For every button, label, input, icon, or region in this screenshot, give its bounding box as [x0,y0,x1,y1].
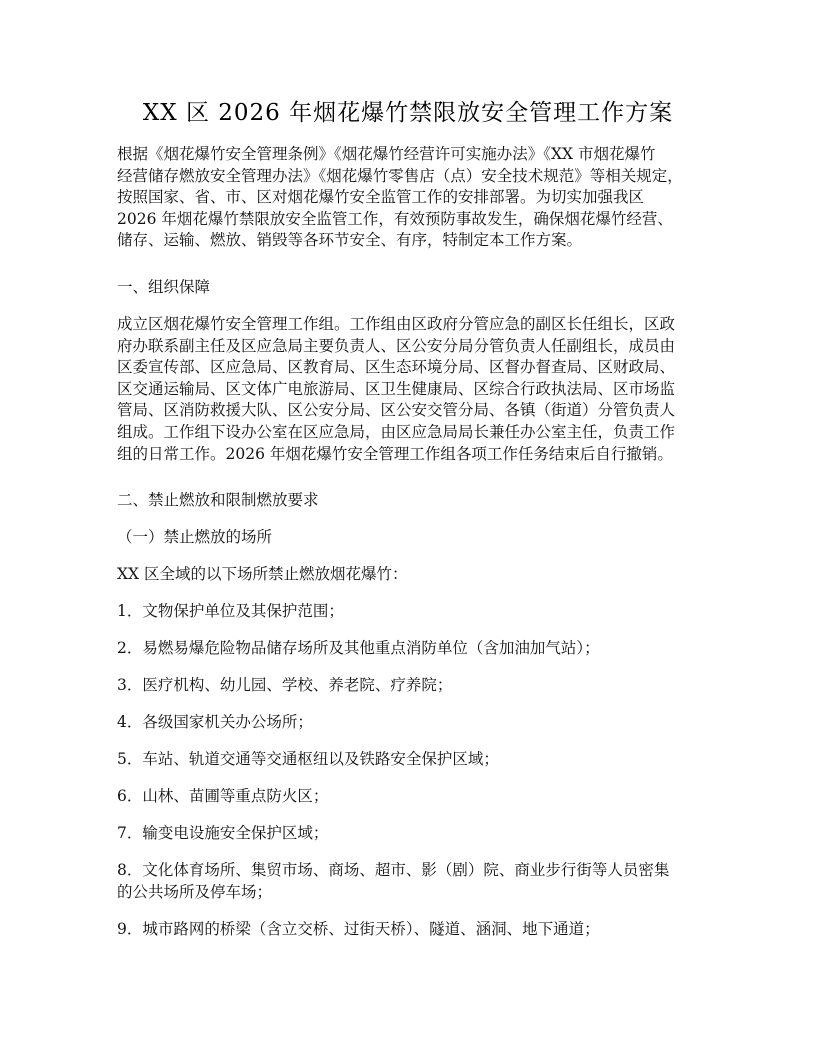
text-line: 根据《烟花爆竹安全管理条例》《烟花爆竹经营许可实施办法》《XX 市烟花爆竹 [117,144,717,166]
text-line: 按照国家、省、市、区对烟花爆竹安全监管工作的安排部署。为切实加强我区 [117,187,717,209]
document-title: XX 区 2026 年烟花爆竹禁限放安全管理工作方案 [0,94,816,127]
list-item: 8．文化体育场所、集贸市场、商场、超市、影（剧）院、商业步行街等人员密集 的公共… [117,860,717,903]
list-item: 7．输变电设施安全保护区域； [117,823,717,845]
text-line: 区交通运输局、区文体广电旅游局、区卫生健康局、区综合行政执法局、区市场监 [117,379,717,401]
text-line: 2026 年烟花爆竹禁限放安全监管工作，有效预防事故发生，确保烟花爆竹经营、 [117,209,717,231]
section-heading: 一、组织保障 [117,277,717,299]
text-line: 组成。工作组下设办公室在区应急局，由区应急局局长兼任办公室主任，负责工作 [117,422,717,444]
text-line: 区委宣传部、区应急局、区教育局、区生态环境分局、区督办督查局、区财政局、 [117,357,717,379]
intro-paragraph: 根据《烟花爆竹安全管理条例》《烟花爆竹经营许可实施办法》《XX 市烟花爆竹 经营… [117,144,717,252]
text-line: 的公共场所及停车场； [117,882,717,904]
text-line: 储存、运输、燃放、销毁等各环节安全、有序，特制定本工作方案。 [117,230,717,252]
text-line: 组的日常工作。2026 年烟花爆竹安全管理工作组各项工作任务结束后自行撤销。 [117,444,717,466]
text-line: 府办联系副主任及区应急局主要负责人、区公安分局分管负责人任副组长，成员由 [117,336,717,358]
text-line: 管局、区消防救援大队、区公安分局、区公安交管分局、各镇（街道）分管负责人 [117,400,717,422]
text-line: 成立区烟花爆竹安全管理工作组。工作组由区政府分管应急的副区长任组长，区政 [117,314,717,336]
list-lead: XX 区全域的以下场所禁止燃放烟花爆竹： [117,564,717,586]
list-item: 5．车站、轨道交通等交通枢纽以及铁路安全保护区域； [117,749,717,771]
section1-paragraph: 成立区烟花爆竹安全管理工作组。工作组由区政府分管应急的副区长任组长，区政 府办联… [117,314,717,465]
list-item: 4．各级国家机关办公场所； [117,712,717,734]
subsection-heading: （一）禁止燃放的场所 [117,527,717,549]
text-line: 经营储存燃放安全管理办法》《烟花爆竹零售店（点）安全技术规范》等相关规定， [117,166,717,188]
list-item: 3．医疗机构、幼儿园、学校、养老院、疗养院； [117,675,717,697]
list-item: 1．文物保护单位及其保护范围； [117,601,717,623]
section-heading: 二、禁止燃放和限制燃放要求 [117,490,717,512]
list-item: 6．山林、苗圃等重点防火区； [117,786,717,808]
list-item: 2．易燃易爆危险物品储存场所及其他重点消防单位（含加油加气站）； [117,638,717,660]
text-line: 8．文化体育场所、集贸市场、商场、超市、影（剧）院、商业步行街等人员密集 [117,860,717,882]
list-item: 9．城市路网的桥梁（含立交桥、过街天桥）、隧道、涵洞、地下通道； [117,919,717,941]
